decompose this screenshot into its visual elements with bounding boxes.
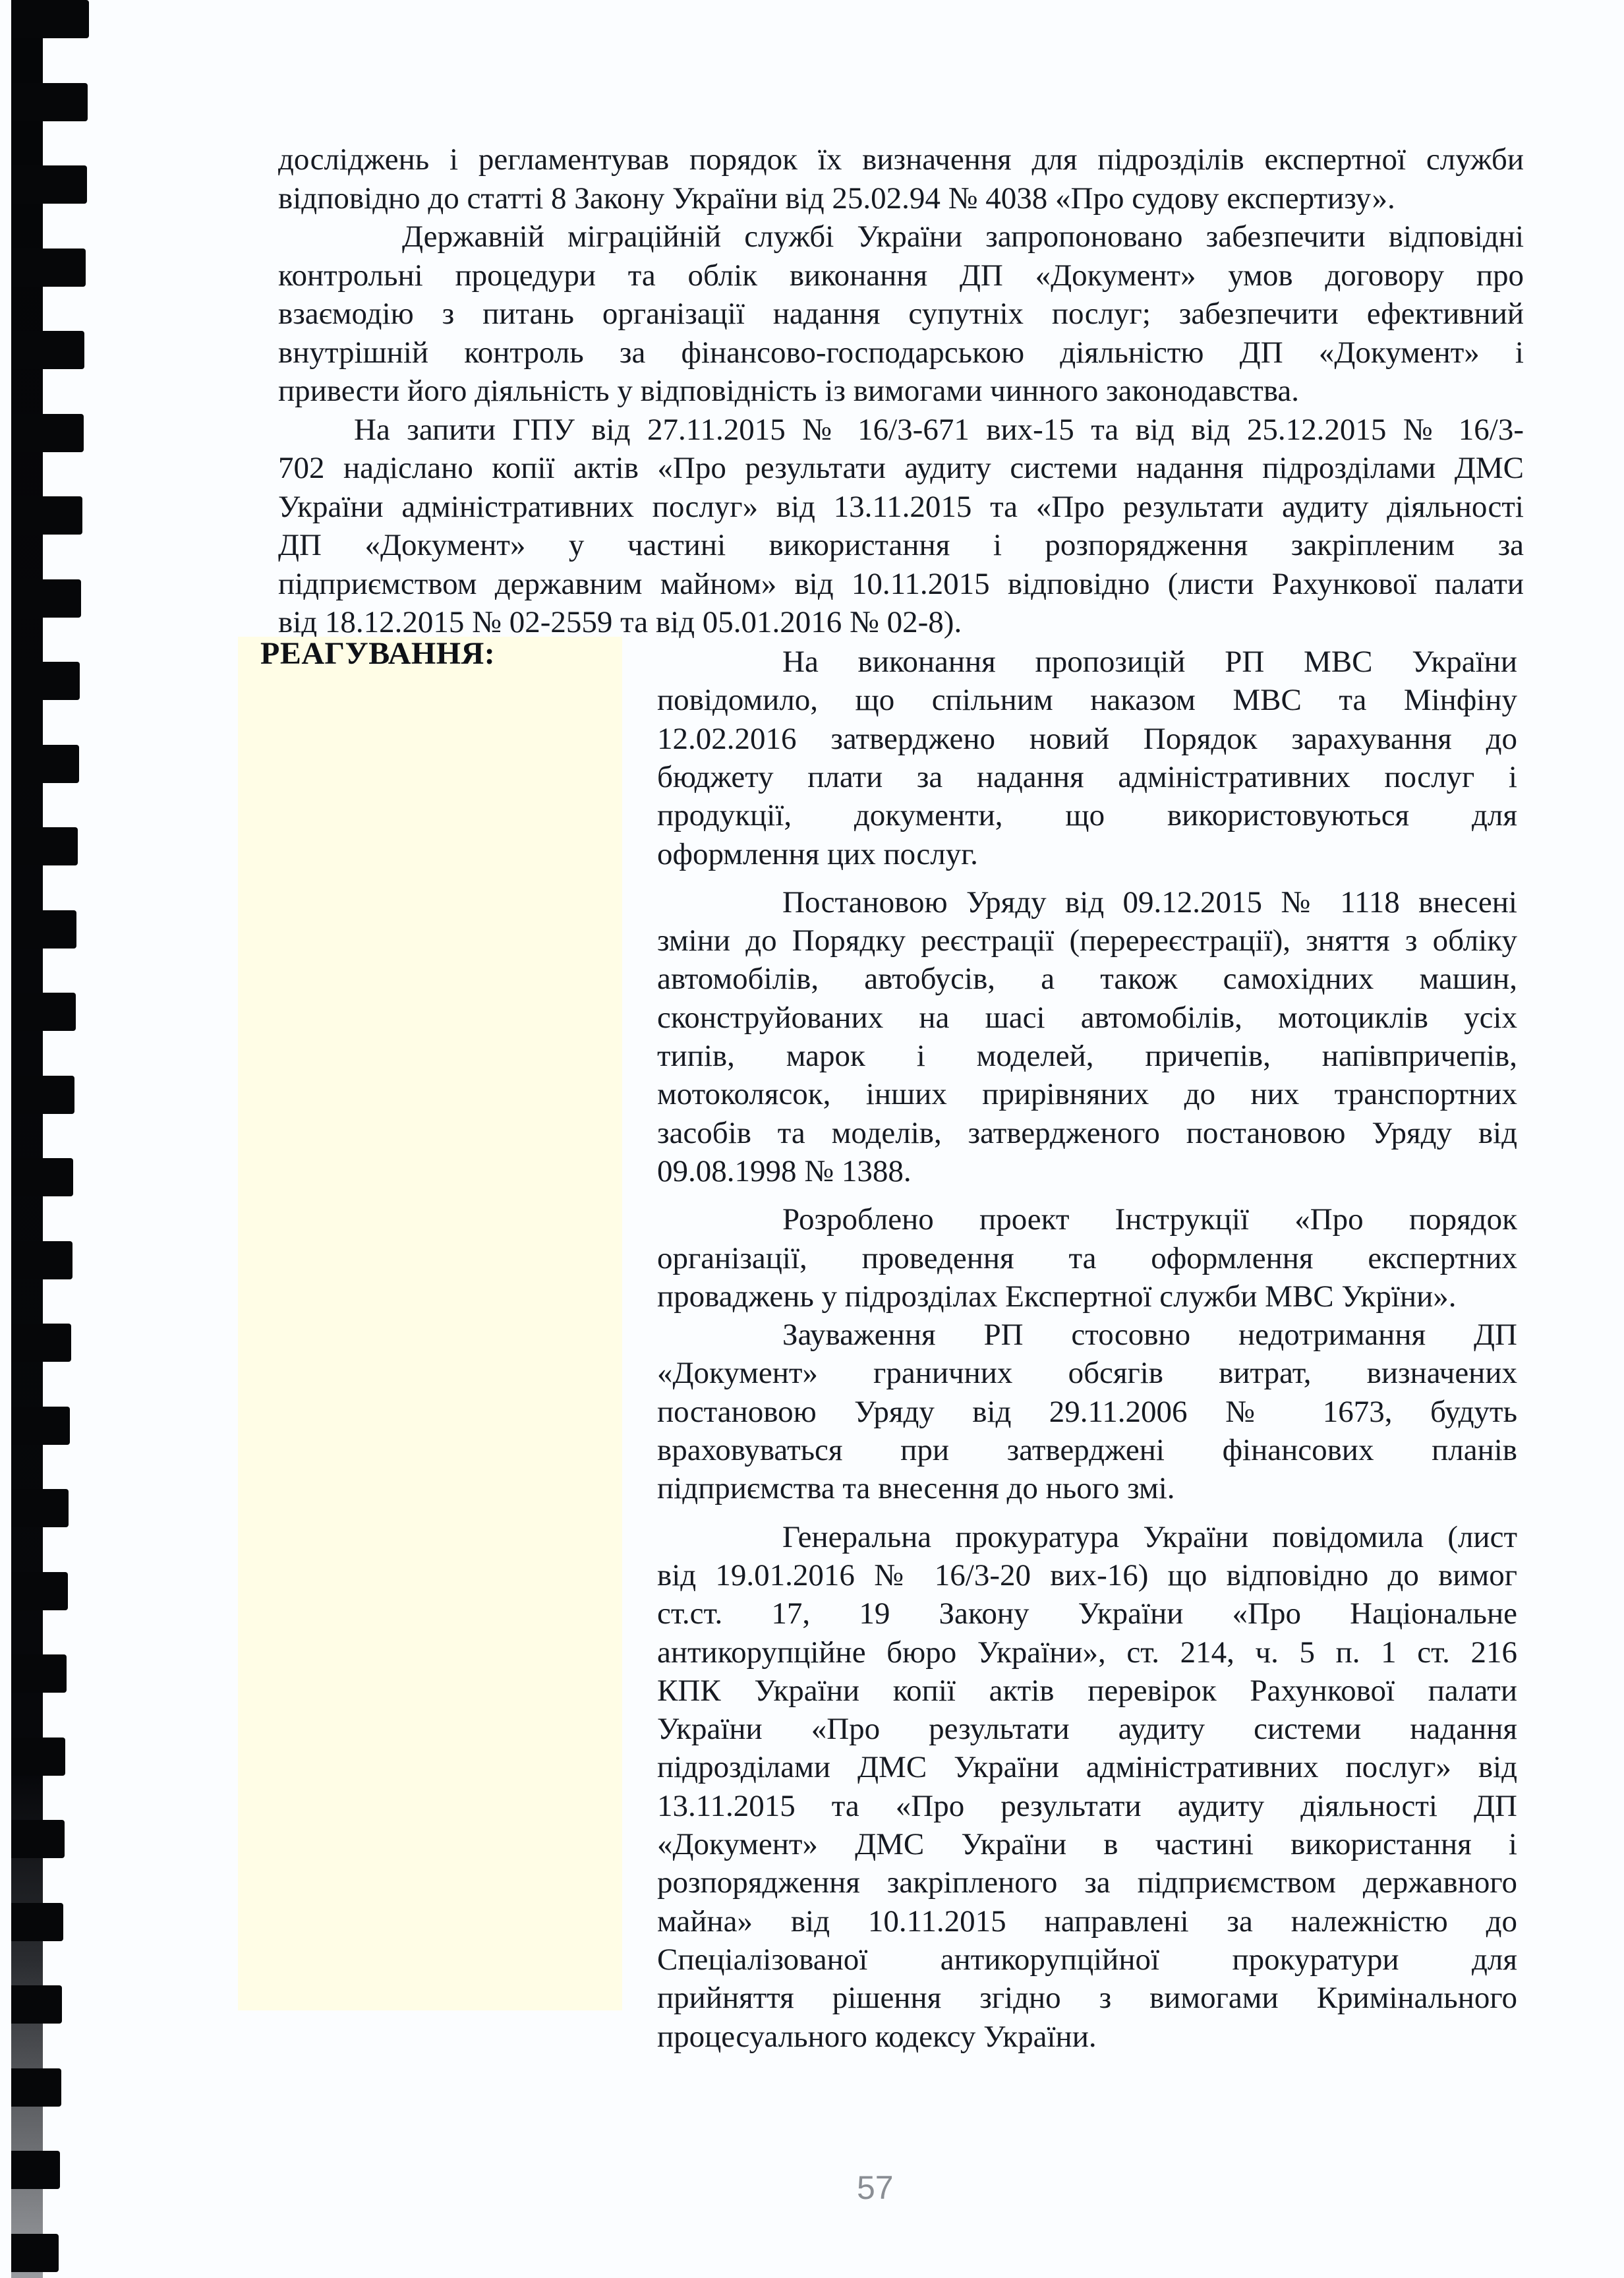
text-line: майна» від 10.11.2015 направлені за нале… xyxy=(657,1902,1517,1941)
text-line: України адміністративних послуг» від 13.… xyxy=(278,487,1524,527)
text-line: 09.08.1998 № 1388. xyxy=(657,1152,1517,1191)
text-line: досліджень і регламентував порядок їх ви… xyxy=(278,140,1524,179)
text-line: оформлення цих послуг. xyxy=(657,834,1517,874)
text-line: враховуваться при затверджені фінансових… xyxy=(657,1430,1517,1470)
text-line: проваджень у підрозділах Експертної служ… xyxy=(657,1277,1517,1316)
text-line: антикорупційне бюро України», ст. 214, ч… xyxy=(657,1633,1517,1672)
text-line: ст.ст. 17, 19 Закону України «Про Націон… xyxy=(657,1594,1517,1633)
text-line: прийняття рішення згідно з вимогами Крим… xyxy=(657,1978,1517,2018)
reaction-label-cell xyxy=(238,637,622,2010)
text-line: підрозділами ДМС України адміністративни… xyxy=(657,1747,1517,1787)
text-line: зміни до Порядку реєстрації (перереєстра… xyxy=(657,921,1517,960)
text-line: Спеціалізованої антикорупційної прокурат… xyxy=(657,1940,1517,1979)
text-line: внутрішній контроль за фінансово-господа… xyxy=(278,333,1524,372)
text-line: мотоколясок, інших прирівняних до них тр… xyxy=(657,1074,1517,1114)
text-line: контрольні процедури та облік виконання … xyxy=(278,256,1524,295)
text-line: ДП «Документ» у частині використання і р… xyxy=(278,525,1524,565)
text-line: процесуального кодексу України. xyxy=(657,2017,1517,2057)
text-line: бюджету плати за надання адміністративни… xyxy=(657,757,1517,797)
text-line: підприємства та внесення до нього змі. xyxy=(657,1469,1517,1508)
text-line: України «Про результати аудиту системи н… xyxy=(657,1709,1517,1749)
text-line: організації, проведення та оформлення ек… xyxy=(657,1239,1517,1278)
text-line: підприємством державним майном» від 10.1… xyxy=(278,564,1524,604)
text-line: Генеральна прокуратура України повідомил… xyxy=(782,1517,1517,1557)
text-line: привести його діяльність у відповідність… xyxy=(278,371,1524,411)
text-line: Державній міграційній службі України зап… xyxy=(402,217,1524,256)
text-line: від 19.01.2016 № 16/3-20 вих-16) що відп… xyxy=(657,1556,1517,1595)
text-line: «Документ» ДМС України в частині викорис… xyxy=(657,1825,1517,1864)
text-line: 12.02.2016 затверджено новий Порядок зар… xyxy=(657,719,1517,759)
text-line: «Документ» граничних обсягів витрат, виз… xyxy=(657,1353,1517,1393)
text-line: постановою Уряду від 29.11.2006 № 1673, … xyxy=(657,1392,1517,1432)
reaction-label: РЕАГУВАННЯ: xyxy=(260,634,495,674)
text-line: взаємодію з питань організації надання с… xyxy=(278,294,1524,334)
page-number: 57 xyxy=(857,2169,894,2207)
text-line: продукції, документи, що використовуютьс… xyxy=(657,796,1517,835)
text-line: автомобілів, автобусів, а також самохідн… xyxy=(657,959,1517,999)
text-line: На виконання пропозицій РП МВС України xyxy=(782,642,1517,682)
text-line: сконструйованих на шасі автомобілів, мот… xyxy=(657,998,1517,1037)
text-line: Розроблено проект Інструкції «Про порядо… xyxy=(782,1200,1517,1239)
text-line: Постановою Уряду від 09.12.2015 № 1118 в… xyxy=(782,883,1517,922)
text-line: повідомило, що спільним наказом МВС та М… xyxy=(657,680,1517,720)
text-line: На запити ГПУ від 27.11.2015 № 16/3-671 … xyxy=(354,410,1524,450)
document-page: досліджень і регламентував порядок їх ви… xyxy=(0,0,1624,2278)
text-line: 13.11.2015 та «Про результати аудиту дія… xyxy=(657,1786,1517,1826)
text-line: Зауваження РП стосовно недотримання ДП xyxy=(782,1315,1517,1355)
text-line: відповідно до статті 8 Закону України ві… xyxy=(278,179,1524,218)
text-line: розпорядження закріпленого за підприємст… xyxy=(657,1863,1517,1902)
text-line: КПК України копії актів перевірок Рахунк… xyxy=(657,1671,1517,1710)
text-line: засобів та моделів, затвердженого постан… xyxy=(657,1113,1517,1153)
text-line: 702 надіслано копії актів «Про результат… xyxy=(278,448,1524,488)
text-line: типів, марок і моделей, причепів, напівп… xyxy=(657,1036,1517,1076)
